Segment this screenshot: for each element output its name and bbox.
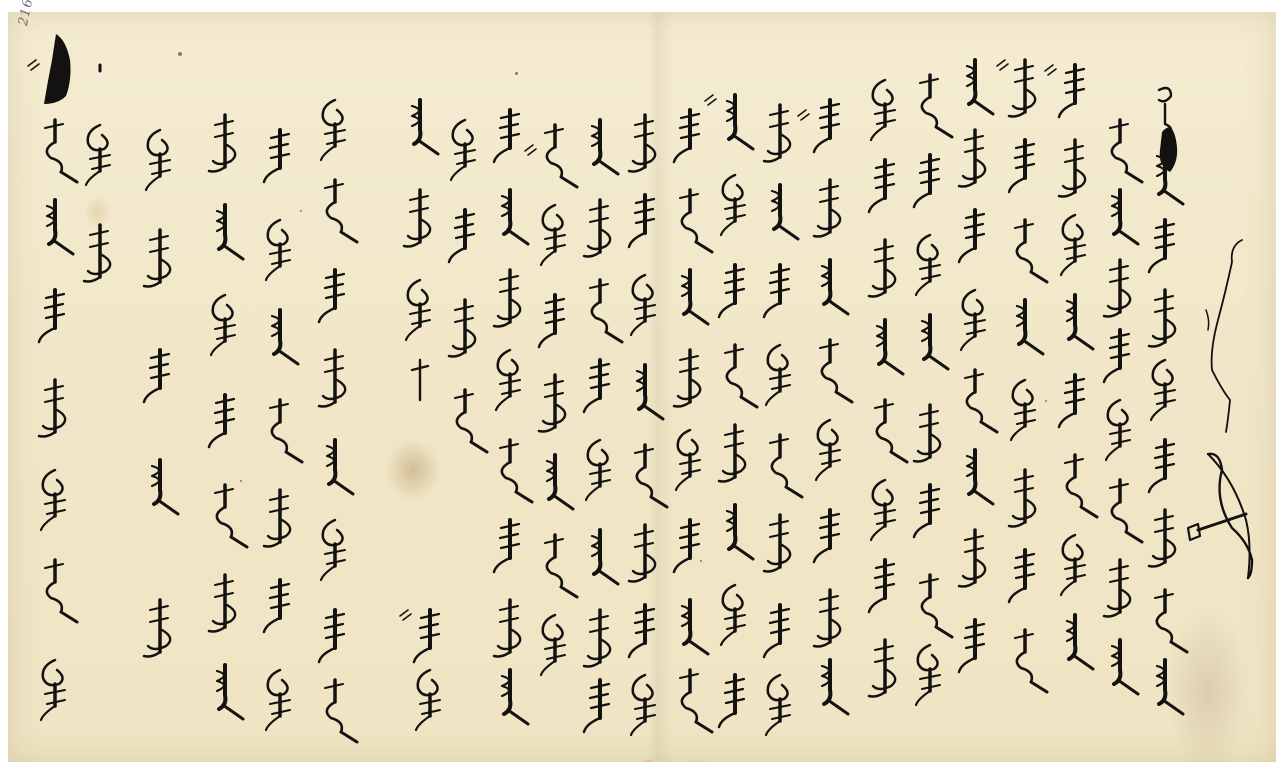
wavy-line-drawing — [1212, 240, 1242, 432]
column-21 — [209, 115, 247, 719]
column-22 — [144, 130, 178, 657]
column-20 — [264, 130, 302, 730]
column-7 — [869, 80, 907, 697]
column-14 — [525, 125, 577, 675]
column-17 — [404, 100, 438, 400]
column-15 — [494, 110, 532, 724]
column-4 — [997, 60, 1047, 692]
ink-blot-left — [44, 34, 71, 104]
column-12 — [629, 115, 667, 735]
column-19 — [319, 100, 357, 742]
column-16 — [449, 120, 487, 452]
script-columns — [28, 34, 1252, 742]
column-3 — [1045, 65, 1097, 669]
column-1 — [1149, 88, 1187, 714]
column-11 — [674, 110, 712, 732]
column-10 — [705, 95, 757, 727]
column-5 — [959, 60, 997, 672]
bow-and-arrow-drawing — [1188, 454, 1252, 578]
ink-blot — [1160, 128, 1177, 173]
column-9 — [764, 105, 802, 735]
column-13 — [584, 120, 622, 732]
column-2 — [1104, 120, 1142, 694]
column-24 — [39, 120, 77, 720]
column-18 — [400, 610, 440, 730]
column-23 — [84, 65, 110, 282]
manuscript-script-layer — [0, 0, 1280, 777]
column-6 — [914, 75, 952, 705]
column-8 — [798, 100, 852, 714]
